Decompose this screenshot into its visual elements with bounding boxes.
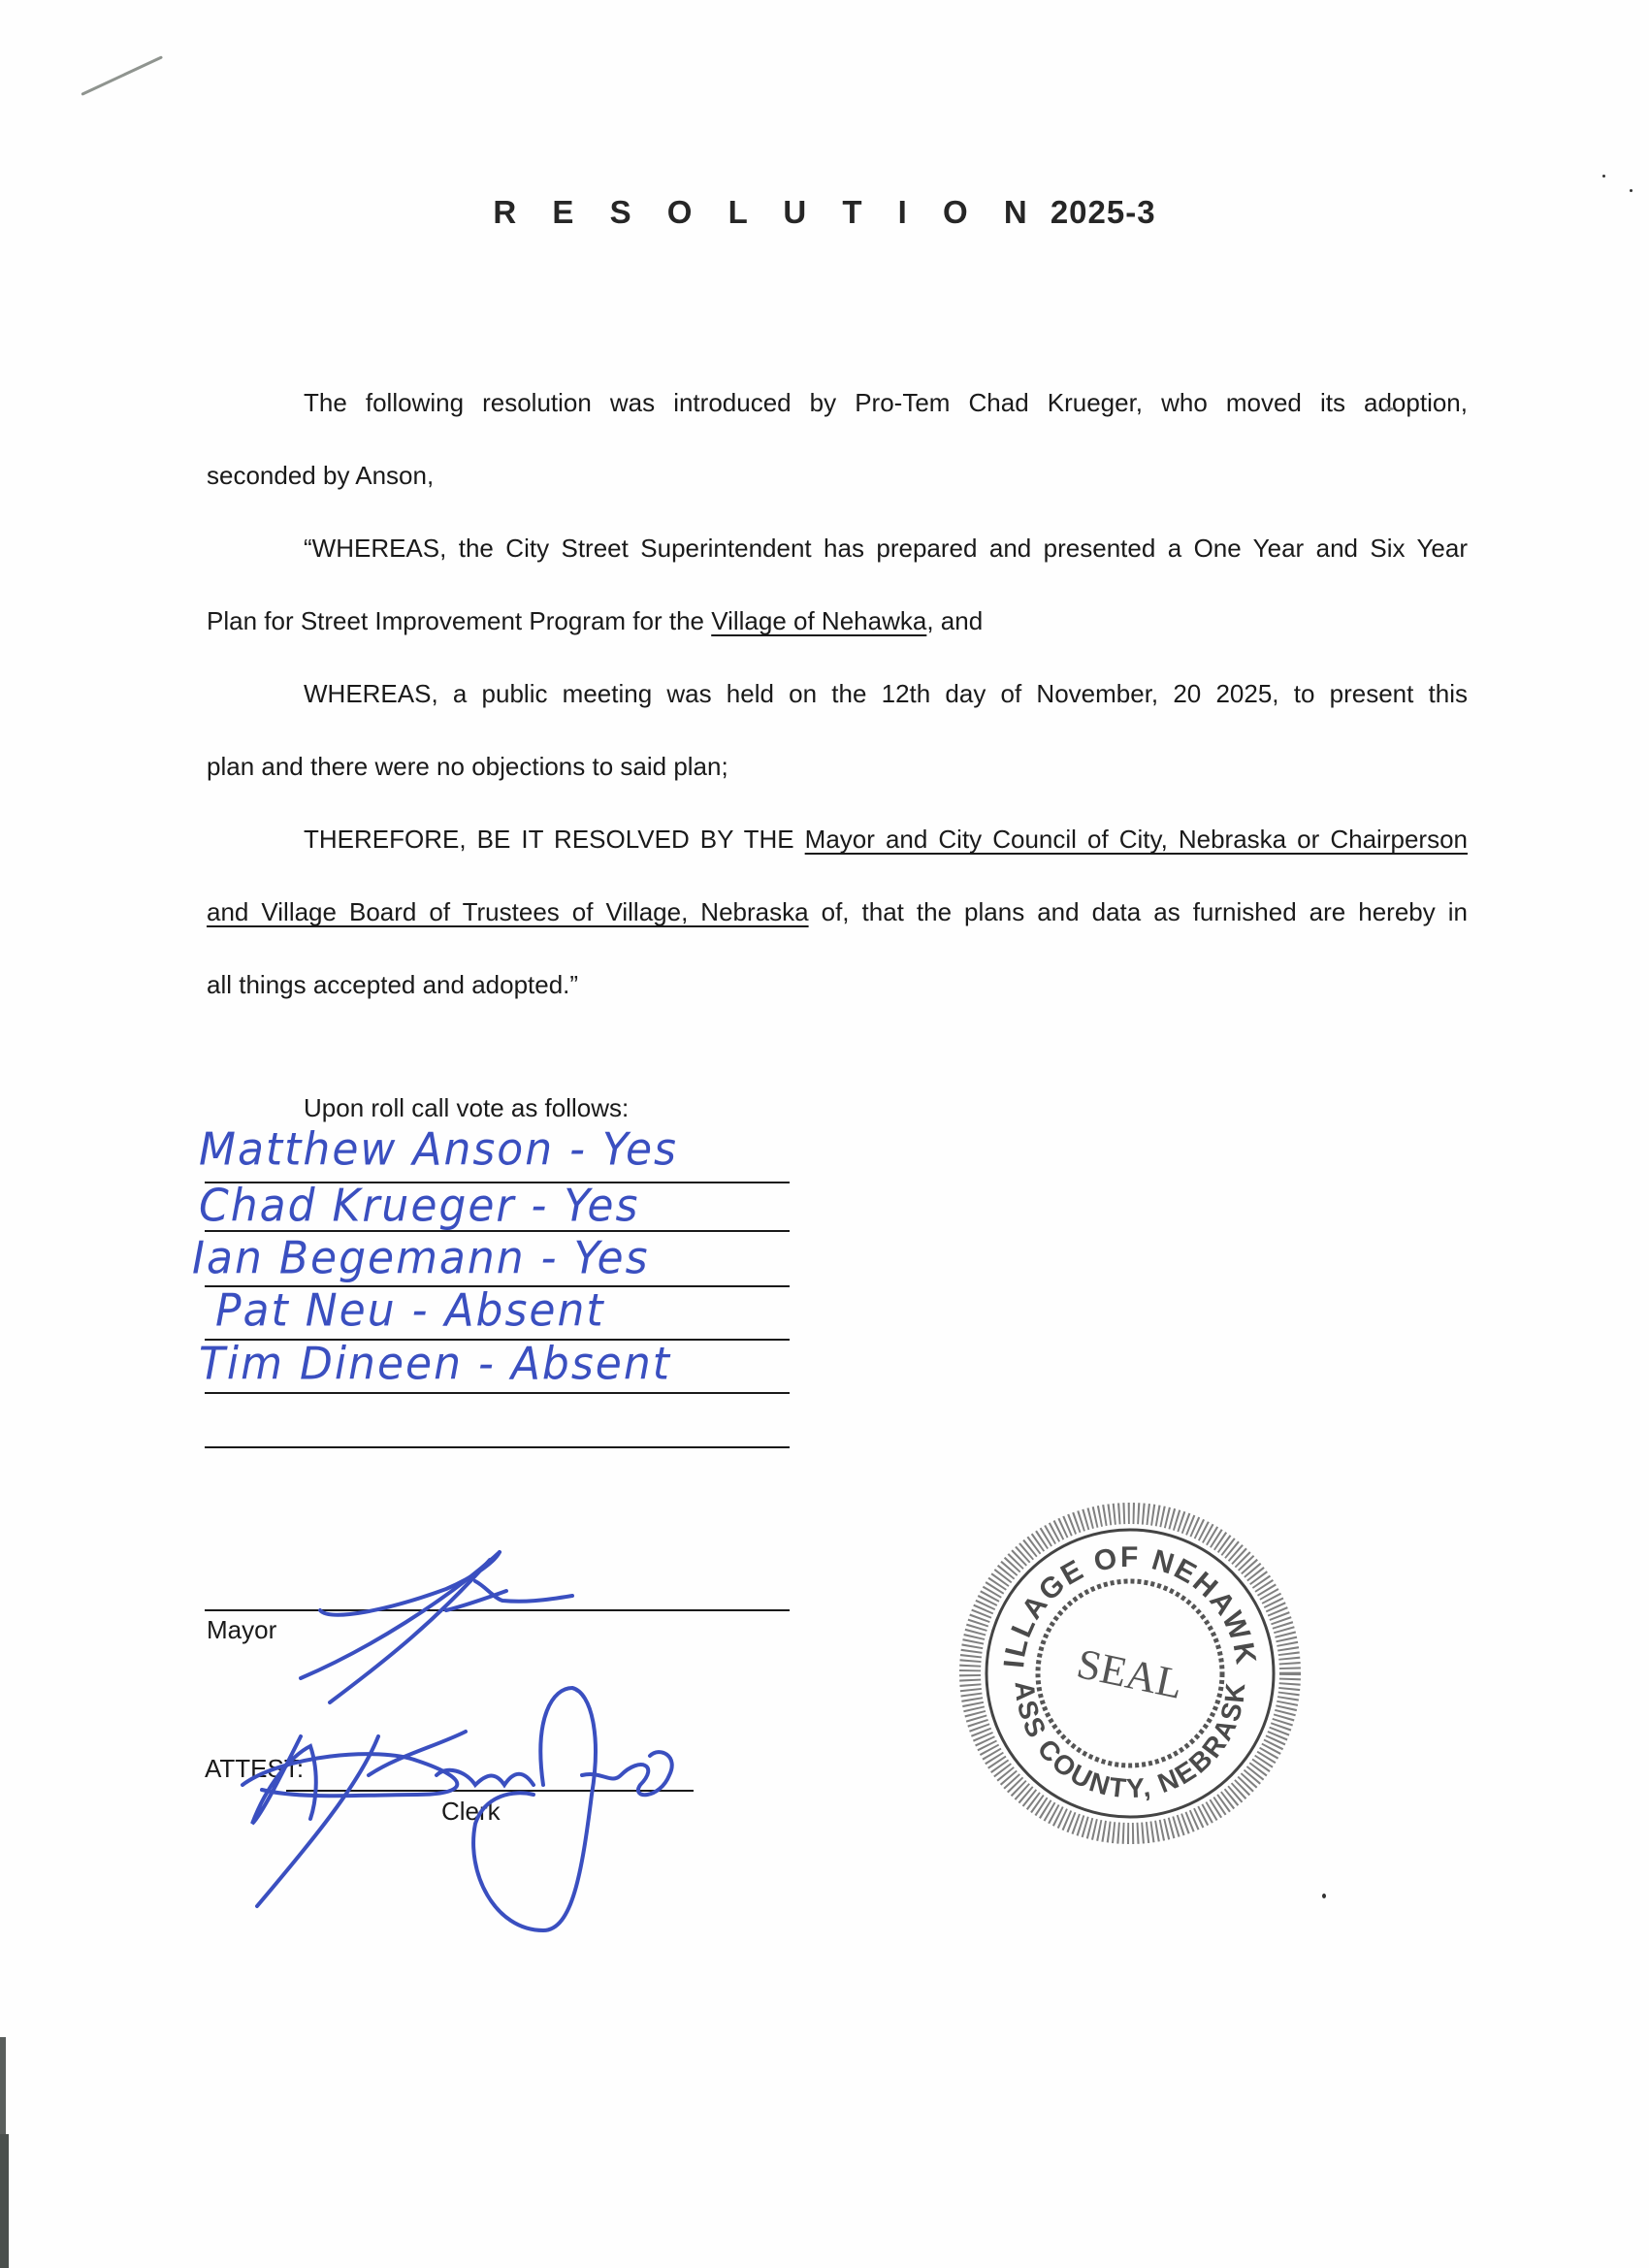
scan-edge [0,2037,6,2134]
whereas2-line-1: WHEREAS, a public meeting was held on th… [304,679,1468,708]
vote-entry: Matthew Anson - Yes [199,1124,678,1177]
whereas-paragraph-2: WHEREAS, a public meeting was held on th… [207,658,1468,803]
whereas1-line-2-text: Plan for Street Improvement Program for … [207,606,711,635]
village-seal: VILLAGE OF NEHAWKA CASS COUNTY, NEBRASKA… [955,1499,1305,1848]
title-number: 2025-3 [1051,194,1156,230]
roll-call-label: Upon roll call vote as follows: [304,1093,629,1123]
title-word: R E S O L U T I O N [493,194,1040,230]
governing-body-2: and Village Board of Trustees of Village… [207,897,809,926]
resolution-title: R E S O L U T I O N 2025-3 [0,194,1649,231]
whereas2-line-2: plan and there were no objections to sai… [207,730,1468,803]
seal-graphic: VILLAGE OF NEHAWKA CASS COUNTY, NEBRASKA… [955,1499,1305,1848]
village-name: Village of Nehawka [711,606,926,635]
intro-line-2: seconded by Anson, [207,439,1468,512]
whereas-paragraph-1: “WHEREAS, the City Street Superintendent… [207,512,1468,658]
intro-line-1: The following resolution was introduced … [304,388,1468,417]
svg-text:VILLAGE OF NEHAWKA: VILLAGE OF NEHAWKA [955,1499,1262,1669]
scan-speck [1322,1894,1326,1898]
document-page: R E S O L U T I O N 2025-3 The following… [0,0,1649,2268]
scan-speck [1630,189,1633,192]
therefore-line-2-text: of, that the plans and data as furnished… [809,897,1468,926]
vote-entry: Tim Dineen - Absent [199,1339,671,1391]
svg-text:SEAL: SEAL [1073,1639,1187,1708]
pen-mark [81,55,163,96]
whereas1-line-2-end: , and [926,606,983,635]
therefore-paragraph: THEREFORE, BE IT RESOLVED BY THE Mayor a… [207,803,1468,1021]
intro-paragraph: The following resolution was introduced … [207,367,1468,512]
scan-edge [0,2134,9,2268]
governing-body-1: Mayor and City Council of City, Nebraska… [805,825,1468,854]
scan-speck [1602,175,1605,178]
clerk-signature [223,1678,747,1940]
vote-entry: Pat Neu - Absent [215,1285,605,1338]
vote-entry: Chad Krueger - Yes [199,1181,639,1233]
vote-line [205,1392,790,1394]
therefore-line-2: and Village Board of Trustees of Village… [207,876,1468,949]
therefore-line-3: all things accepted and adopted.” [207,949,1468,1021]
vote-entry: Ian Begemann - Yes [192,1233,650,1285]
scan-speck [1385,407,1394,410]
therefore-line-1-text: THEREFORE, BE IT RESOLVED BY THE [304,825,805,854]
vote-line-blank [205,1446,790,1448]
whereas1-line-2: Plan for Street Improvement Program for … [207,585,1468,658]
vote-line [205,1230,790,1232]
whereas1-line-1: “WHEREAS, the City Street Superintendent… [304,534,1468,563]
